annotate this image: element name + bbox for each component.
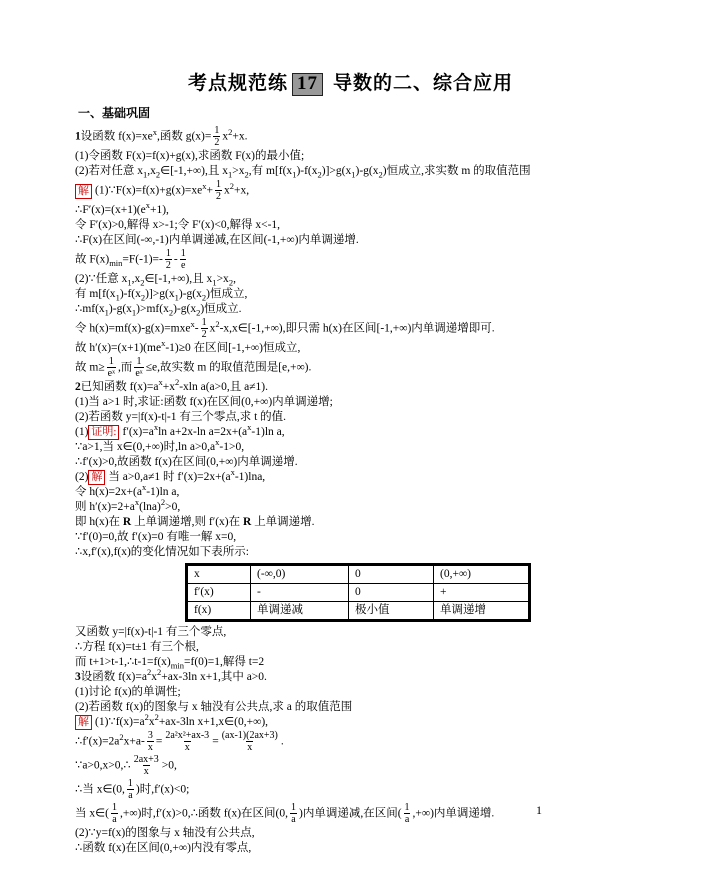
text-line: ∵a>0,x>0,∴2ax+3x>0, xyxy=(75,754,643,778)
answer-badge: 证明: xyxy=(88,425,119,440)
superscript: 2 xyxy=(215,319,219,329)
answer-badge: 解 xyxy=(75,715,92,730)
fraction: 1eˣ xyxy=(107,356,116,380)
text-line: 令 F′(x)>0,解得 x>-1;令 F′(x)<0,解得 x<-1, xyxy=(75,218,643,233)
text-line: (2)∵任意 x1,x2∈[-1,+∞),且 x1>x2, xyxy=(75,272,643,287)
table-cell: - xyxy=(251,583,349,601)
fraction-numerator: 1 xyxy=(290,802,297,814)
title-suffix: 导数的二、综合应用 xyxy=(333,73,513,94)
fraction: 1e xyxy=(180,248,187,272)
subscript: 1 xyxy=(105,307,109,317)
bold-text: R xyxy=(243,516,251,528)
text-line: 则 h′(x)=2+ax(lna)2>0, xyxy=(75,500,643,515)
text-line: (2)若对任意 x1,x2∈[-1,+∞),且 x1>x2,有 m[f(x1)-… xyxy=(75,164,643,179)
fraction-denominator: x xyxy=(246,741,253,754)
table-cell: + xyxy=(434,583,530,601)
table-row: f′(x)-0+ xyxy=(187,583,530,601)
fraction-denominator: 2 xyxy=(215,190,222,203)
superscript: 2 xyxy=(175,377,179,387)
fraction-denominator: x xyxy=(184,741,191,754)
text-line: (1)讨论 f(x)的单调性; xyxy=(75,685,643,700)
text-line: (2)解当 a>0,a≠1 时 f′(x)=2x+(ax-1)lna, xyxy=(75,470,643,485)
text-line: 故 h′(x)=(x+1)(mex-1)≥0 在区间[-1,+∞)恒成立, xyxy=(75,341,643,356)
text-line: 即 h(x)在 R 上单调递增,则 f′(x)在 R 上单调递增. xyxy=(75,515,643,530)
fraction-numerator: 1 xyxy=(108,356,115,368)
subscript: 2 xyxy=(379,169,383,179)
fraction-numerator: (ax-1)(2ax+3) xyxy=(221,730,279,742)
subscript: 1 xyxy=(143,169,147,179)
text-line: 解(1)∵f(x)=a2x2+ax-3ln x+1,x∈(0,+∞), xyxy=(75,715,643,730)
superscript: 2 xyxy=(119,732,123,742)
subscript: 1 xyxy=(116,292,120,302)
text-line: ∴函数 f(x)在区间(0,+∞)内没有零点, xyxy=(75,841,643,856)
fraction-denominator: 2 xyxy=(165,259,172,272)
subscript: min xyxy=(171,660,184,670)
superscript: x xyxy=(202,181,206,191)
page-number: 1 xyxy=(536,803,542,818)
fraction: 2a²x²+ax-3x xyxy=(164,730,210,754)
text-line: (2)若函数 f(x)的图象与 x 轴没有公共点,求 a 的取值范围 xyxy=(75,700,643,715)
table-cell: f′(x) xyxy=(187,583,251,601)
fraction: 1eˣ xyxy=(134,356,143,380)
superscript: 2 xyxy=(230,181,234,191)
text-line: ∵f′(0)=0,故 f′(x)=0 有唯一解 x=0, xyxy=(75,530,643,545)
subscript: 1 xyxy=(175,292,179,302)
subscript: min xyxy=(109,258,122,268)
fraction-numerator: 2a²x²+ax-3 xyxy=(164,730,210,742)
worksheet-page: 考点规范练17导数的二、综合应用 一、基础巩固 1设函数 f(x)=xex,函数… xyxy=(0,0,701,878)
fraction-denominator: a xyxy=(290,813,296,826)
text-line: (2)若函数 y=|f(x)-t|-1 有三个零点,求 t 的值. xyxy=(75,410,643,425)
fraction: 12 xyxy=(201,317,208,341)
text-line: 有 m[f(x1)-f(x2)]>g(x1)-g(x2)恒成立, xyxy=(75,287,643,302)
fraction: 1a xyxy=(404,802,411,826)
superscript: 2 xyxy=(161,497,165,507)
subscript: 1 xyxy=(228,169,232,179)
fraction: 1a xyxy=(111,802,118,826)
answer-badge: 解 xyxy=(75,184,92,199)
text-line: 2已知函数 f(x)=ax+x2-xln a(a>0,且 a≠1). xyxy=(75,380,643,395)
fraction-denominator: x xyxy=(143,765,150,778)
fraction: 2ax+3x xyxy=(133,754,160,778)
subscript: 2 xyxy=(202,292,206,302)
fraction-denominator: e xyxy=(180,259,186,272)
subscript: 2 xyxy=(169,307,173,317)
subscript: 2 xyxy=(196,307,200,317)
fraction-denominator: a xyxy=(404,813,410,826)
text-line: ∴当 x∈(0,1a)时,f′(x)<0; xyxy=(75,778,643,802)
superscript: x xyxy=(153,127,157,137)
superscript: x xyxy=(215,437,219,447)
bold-text: 1 xyxy=(75,131,81,143)
superscript: x xyxy=(190,319,194,329)
title-number-box: 17 xyxy=(292,73,323,96)
subscript: 2 xyxy=(318,169,322,179)
section-header: 一、基础巩固 xyxy=(0,96,701,123)
table-cell: 单调递增 xyxy=(434,601,530,620)
title-prefix: 考点规范练 xyxy=(188,73,288,94)
subscript: 1 xyxy=(132,307,136,317)
subscript: 2 xyxy=(229,277,233,287)
text-line: ∴f′(x)>0,故函数 f(x)在区间(0,+∞)内单调递增. xyxy=(75,455,643,470)
text-line: ∴f′(x)=2a2x+a-3x=2a²x²+ax-3x=(ax-1)(2ax+… xyxy=(75,730,643,754)
answer-badge: 解 xyxy=(88,470,105,485)
text-line: 当 x∈(1a,+∞)时,f′(x)>0,∴函数 f(x)在区间(0,1a)内单… xyxy=(75,802,643,826)
fraction-numerator: 1 xyxy=(111,802,118,814)
fraction: 12 xyxy=(165,248,172,272)
fraction-numerator: 3 xyxy=(147,730,154,742)
superscript: 2 xyxy=(157,667,161,677)
fraction-denominator: a xyxy=(111,813,117,826)
variation-table: x(-∞,0)0(0,+∞)f′(x)-0+f(x)单调递减极小值单调递增 xyxy=(185,563,531,622)
text-line: x(-∞,0)0(0,+∞)f′(x)-0+f(x)单调递减极小值单调递增 xyxy=(75,563,643,622)
fraction-denominator: x xyxy=(147,741,154,754)
table-cell: 单调递减 xyxy=(251,601,349,620)
table-cell: x xyxy=(187,564,251,583)
table-row: f(x)单调递减极小值单调递增 xyxy=(187,601,530,620)
text-line: 解(1)∵F(x)=f(x)+g(x)=xex+12x2+x, xyxy=(75,179,643,203)
fraction-numerator: 1 xyxy=(180,248,187,260)
bold-text: R xyxy=(123,516,131,528)
text-line: 1设函数 f(x)=xex,函数 g(x)=12x2+x. xyxy=(75,125,643,149)
superscript: 2 xyxy=(147,667,151,677)
table-cell: (-∞,0) xyxy=(251,564,349,583)
page-title: 考点规范练17导数的二、综合应用 xyxy=(0,0,701,96)
text-line: 又函数 y=|f(x)-t|-1 有三个零点, xyxy=(75,625,643,640)
subscript: 1 xyxy=(127,277,131,287)
fraction-numerator: 1 xyxy=(127,778,134,790)
text-line: ∴x,f′(x),f(x)的变化情况如下表所示: xyxy=(75,545,643,560)
fraction-denominator: eˣ xyxy=(107,367,116,380)
subscript: 2 xyxy=(245,169,249,179)
superscript: x xyxy=(247,422,251,432)
subscript: 2 xyxy=(156,169,160,179)
text-line: 3设函数 f(x)=a2x2+ax-3ln x+1,其中 a>0. xyxy=(75,670,643,685)
text-line: ∴mf(x1)-g(x1)>mf(x2)-g(x2)恒成立. xyxy=(75,302,643,317)
fraction-denominator: eˣ xyxy=(134,367,143,380)
bold-text: 2 xyxy=(75,381,81,393)
fraction-denominator: 2 xyxy=(213,136,220,149)
superscript: 2 xyxy=(155,712,159,722)
text-line: ∴F′(x)=(x+1)(ex+1), xyxy=(75,203,643,218)
document-body: 1设函数 f(x)=xex,函数 g(x)=12x2+x.(1)令函数 F(x)… xyxy=(0,123,701,856)
text-line: 故 F(x)min=F(-1)=-12-1e xyxy=(75,248,643,272)
superscript: 2 xyxy=(228,127,232,137)
fraction-numerator: 2ax+3 xyxy=(133,754,160,766)
fraction: 12 xyxy=(215,179,222,203)
superscript: x xyxy=(142,482,146,492)
table-cell: 0 xyxy=(349,564,434,583)
fraction-numerator: 1 xyxy=(213,125,220,137)
table-cell: f(x) xyxy=(187,601,251,620)
subscript: 1 xyxy=(212,277,216,287)
bold-text: 3 xyxy=(75,671,81,683)
subscript: 1 xyxy=(351,169,355,179)
fraction: 1a xyxy=(127,778,134,802)
fraction-numerator: 1 xyxy=(201,317,208,329)
superscript: 2 xyxy=(145,712,149,722)
fraction: (ax-1)(2ax+3)x xyxy=(221,730,279,754)
table-cell: 极小值 xyxy=(349,601,434,620)
subscript: 1 xyxy=(292,169,296,179)
subscript: 2 xyxy=(140,277,144,287)
fraction-denominator: 2 xyxy=(201,328,208,341)
superscript: x xyxy=(146,200,150,210)
fraction-denominator: a xyxy=(127,789,133,802)
superscript: x xyxy=(231,467,235,477)
text-line: ∵a>1,当 x∈(0,+∞)时,ln a>0,ax-1>0, xyxy=(75,440,643,455)
fraction-numerator: 1 xyxy=(165,248,172,260)
text-line: (1)当 a>1 时,求证:函数 f(x)在区间(0,+∞)内单调递增; xyxy=(75,395,643,410)
superscript: x xyxy=(135,497,139,507)
fraction-numerator: 1 xyxy=(136,356,143,368)
fraction: 1a xyxy=(290,802,297,826)
table-row: x(-∞,0)0(0,+∞) xyxy=(187,564,530,583)
fraction-numerator: 1 xyxy=(215,179,222,191)
superscript: x xyxy=(158,377,162,387)
text-line: (2)∵y=f(x)的图象与 x 轴没有公共点, xyxy=(75,826,643,841)
subscript: 2 xyxy=(141,292,145,302)
superscript: x xyxy=(161,338,165,348)
superscript: x xyxy=(154,422,158,432)
text-line: (1)证明:f′(x)=axln a+2x-ln a=2x+(ax-1)ln a… xyxy=(75,425,643,440)
fraction: 3x xyxy=(147,730,154,754)
table-cell: 0 xyxy=(349,583,434,601)
fraction-numerator: 1 xyxy=(404,802,411,814)
text-line: ∴F(x)在区间(-∞,-1)内单调递减,在区间(-1,+∞)内单调递增. xyxy=(75,233,643,248)
table-cell: (0,+∞) xyxy=(434,564,530,583)
fraction: 12 xyxy=(213,125,220,149)
text-line: (1)令函数 F(x)=f(x)+g(x),求函数 F(x)的最小值; xyxy=(75,149,643,164)
text-line: ∴方程 f(x)=t±1 有三个根, xyxy=(75,640,643,655)
